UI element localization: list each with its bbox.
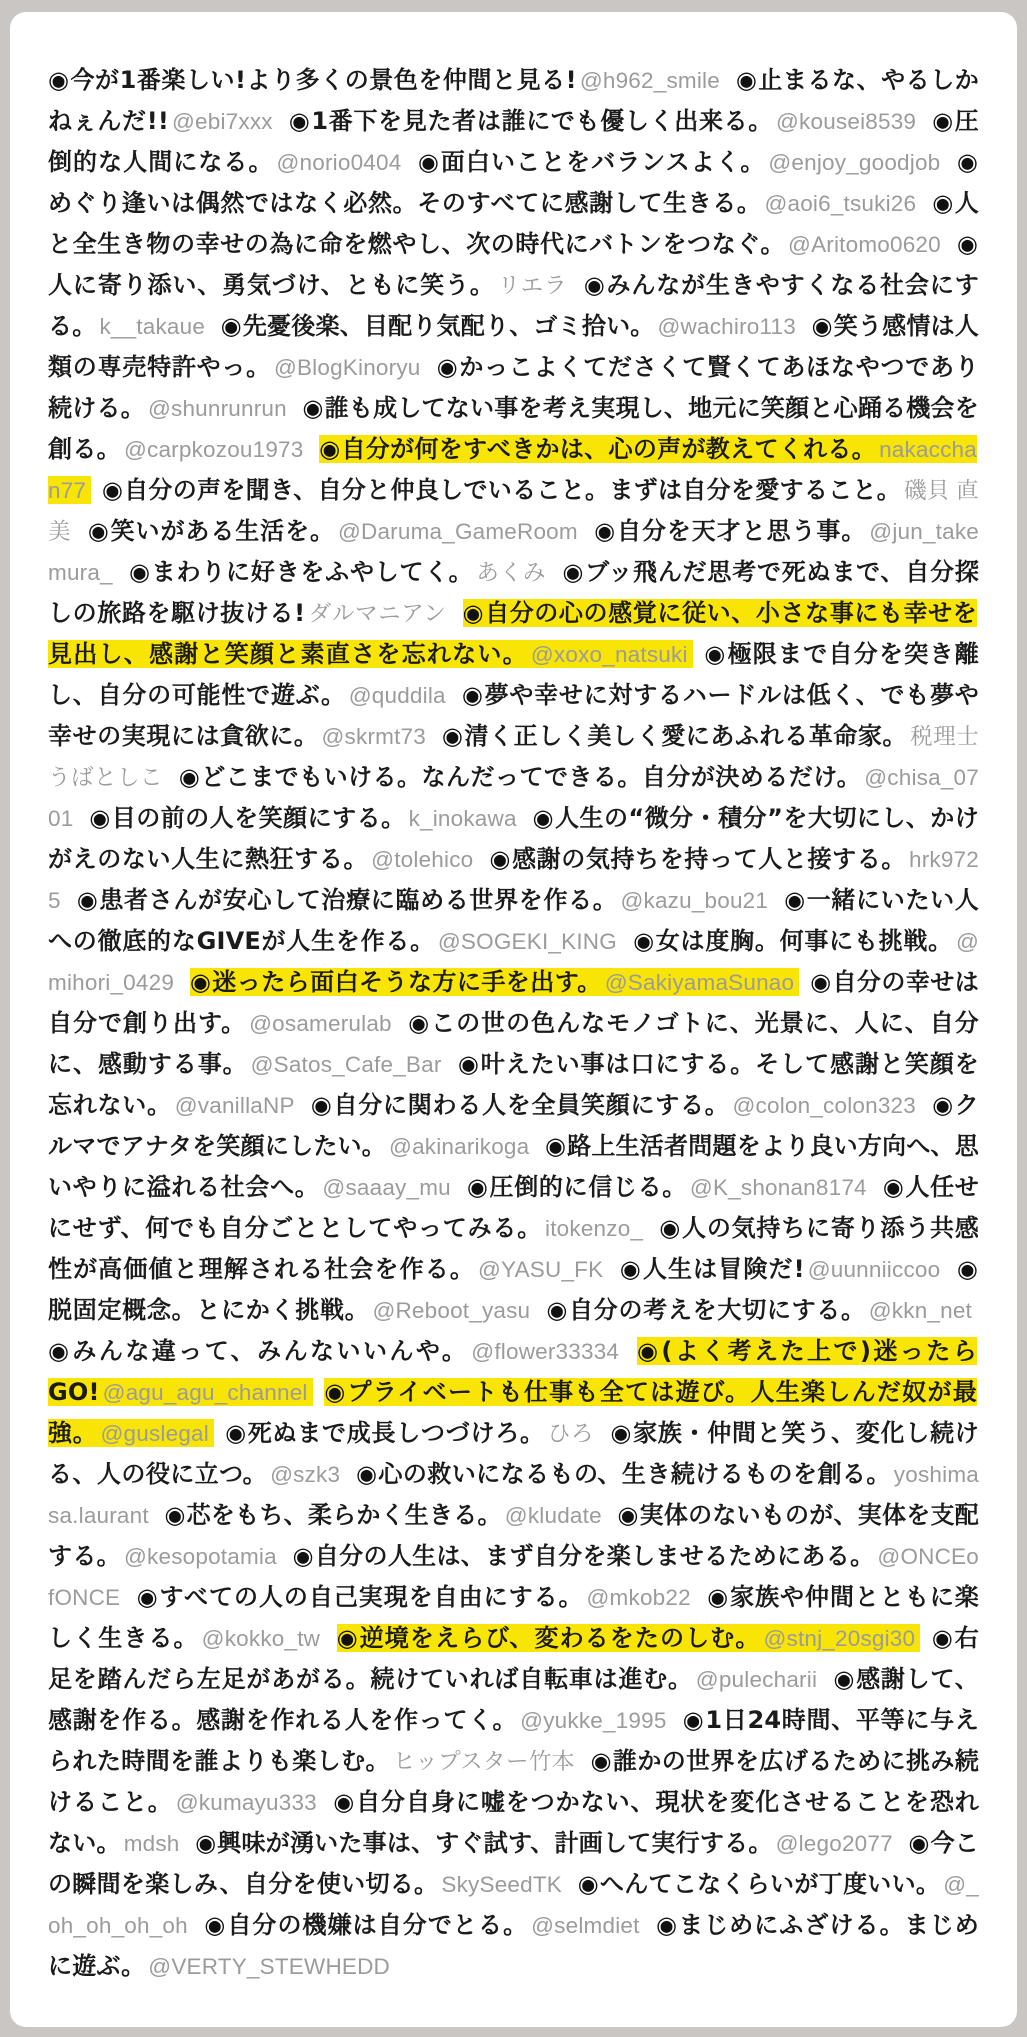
author-handle: @aoi6_tsuki26 (761, 191, 921, 216)
bullet-icon: ◉ (883, 1173, 906, 1201)
bullet-icon: ◉ (908, 1829, 930, 1857)
author-handle: @kludate (502, 1503, 607, 1528)
quote-entry: ◉芯をもち、柔らかく生きる。@kludate (164, 1501, 606, 1529)
bullet-icon: ◉ (833, 1665, 856, 1693)
bullet-icon: ◉ (89, 804, 111, 832)
quote-entry: ◉先憂後楽、目配り気配り、ゴミ拾い。@wachiro113 (221, 312, 801, 340)
bullet-icon: ◉ (683, 1706, 706, 1734)
bullet-icon: ◉ (88, 517, 111, 545)
quote-text: 脱固定概念。とにかく挑戦。 (48, 1296, 369, 1324)
bullet-icon: ◉ (489, 845, 512, 873)
bullet-icon: ◉ (442, 722, 465, 750)
bullet-icon: ◉ (736, 66, 759, 94)
bullet-icon: ◉ (932, 107, 955, 135)
quote-text: 圧倒的に信じる。 (490, 1173, 687, 1201)
quote-entry: ◉1番下を見た者は誰にでも優しく出来る。@kousei8539 (289, 107, 921, 135)
bullet-icon: ◉ (190, 968, 212, 996)
author-handle: @akinarikoga (386, 1134, 534, 1159)
bullet-icon: ◉ (957, 148, 979, 176)
author-handle: @Satos_Cafe_Bar (248, 1052, 447, 1077)
author-handle: @selmdiet (528, 1913, 644, 1938)
author-handle: mdsh (121, 1831, 185, 1856)
author-handle: @h962_smile (577, 68, 725, 93)
quote-text: 自分の声を聞き、自分と仲良しでいること。まずは自分を愛すること。 (124, 476, 901, 504)
bullet-icon: ◉ (546, 1296, 569, 1324)
author-handle: @quddila (346, 683, 451, 708)
author-handle: @lego2077 (773, 1831, 898, 1856)
bullet-icon: ◉ (408, 1009, 431, 1037)
quote-entry-highlighted: ◉迷ったら面白そうな方に手を出す。@SakiyamaSunao (190, 968, 799, 996)
author-handle: @Aritomo0620 (785, 232, 946, 257)
bullet-icon: ◉ (356, 1460, 378, 1488)
quote-entry: ◉今が1番楽しい!より多くの景色を仲間と見る!@h962_smile (48, 66, 725, 94)
quote-entry: ◉興味が湧いた事は、すぐ試す、計画して実行する。@lego2077 (195, 1829, 898, 1857)
author-handle: @skrmt73 (319, 724, 431, 749)
author-handle: @stnj_20sgi30 (760, 1626, 920, 1651)
author-handle: @BlogKinoryu (271, 355, 426, 380)
bullet-icon: ◉ (610, 1419, 633, 1447)
quote-entry: ◉死ぬまで成長しつづけろ。ひろ (225, 1419, 599, 1447)
bullet-icon: ◉ (562, 558, 585, 586)
bullet-icon: ◉ (784, 886, 807, 914)
bullet-icon: ◉ (324, 1378, 347, 1406)
author-handle: @xoxo_natsuki (528, 642, 693, 667)
quote-text: 自分が何をすべきかは、心の声が教えてくれる。 (341, 435, 876, 463)
bullet-icon: ◉ (319, 435, 341, 463)
bullet-icon: ◉ (137, 1583, 160, 1611)
quote-entry: ◉笑いがある生活を。@Daruma_GameRoom (88, 517, 583, 545)
quote-entry: ◉面白いことをバランスよく。@enjoy_goodjob (418, 148, 946, 176)
quote-text: 感謝の気持ちを持って人と接する。 (512, 845, 906, 873)
quote-text: 清く正しく美しく愛にあふれる革命家。 (464, 722, 907, 750)
quote-entry: ◉すべての人の自己実現を自由にする。@mkob22 (137, 1583, 696, 1611)
bullet-icon: ◉ (932, 189, 955, 217)
bullet-icon: ◉ (591, 1747, 613, 1775)
quote-entry: ◉自分の考えを大切にする。@kkn_net (546, 1296, 977, 1324)
bullet-icon: ◉ (656, 1911, 679, 1939)
bullet-icon: ◉ (129, 558, 152, 586)
author-handle: @kesopotamia (121, 1544, 282, 1569)
author-handle: ヒップスター竹本 (390, 1749, 580, 1774)
quote-text: 今が1番楽しい!より多くの景色を仲間と見る! (71, 66, 577, 94)
quote-text: みんな違って、みんないいんや。 (72, 1337, 468, 1365)
quote-entry-highlighted: ◉逆境をえらび、変わるをたのしむ。@stnj_20sgi30 (337, 1624, 921, 1652)
author-handle: k_inokawa (406, 806, 522, 831)
bullet-icon: ◉ (179, 763, 201, 791)
quote-text: すべての人の自己実現を自由にする。 (160, 1583, 584, 1611)
author-handle: @enjoy_goodjob (765, 150, 945, 175)
bullet-icon: ◉ (467, 1173, 490, 1201)
author-handle: @Daruma_GameRoom (335, 519, 583, 544)
bullet-icon: ◉ (659, 1214, 682, 1242)
author-handle: @carpkozou1973 (121, 437, 309, 462)
author-handle: @wachiro113 (655, 314, 801, 339)
quote-entry: ◉自分に関わる人を全員笑顔にする。@colon_colon323 (311, 1091, 921, 1119)
bullet-icon: ◉ (545, 1132, 567, 1160)
author-handle: @guslegal (98, 1421, 214, 1446)
author-handle: @kokko_tw (199, 1626, 325, 1651)
author-handle: @uunniiccoo (805, 1257, 946, 1282)
quote-entry: ◉患者さんが安心して治療に臨める世界を作る。@kazu_bou21 (77, 886, 773, 914)
quote-entry: ◉みんな違って、みんないいんや。@flower33334 (48, 1337, 624, 1365)
bullet-icon: ◉ (77, 886, 100, 914)
quote-text: 先憂後楽、目配り気配り、ゴミ拾い。 (243, 312, 655, 340)
bullet-icon: ◉ (418, 148, 441, 176)
author-handle: @yukke_1995 (517, 1708, 671, 1733)
quote-text: めぐり逢いは偶然ではなく必然。そのすべてに感謝して生きる。 (48, 189, 761, 217)
author-handle: ダルマニアン (305, 601, 451, 626)
bullet-icon: ◉ (617, 1501, 639, 1529)
quote-text: 自分の人生は、まず自分を楽しませるためにある。 (315, 1542, 875, 1570)
quote-text: 死ぬまで成長しつづけろ。 (248, 1419, 545, 1447)
quote-text: 人に寄り添い、勇気づけ、ともに笑う。 (48, 271, 495, 299)
bullet-icon: ◉ (633, 927, 656, 955)
bullet-icon: ◉ (293, 1542, 315, 1570)
bullet-icon: ◉ (463, 599, 486, 627)
author-handle: @flower33334 (468, 1339, 624, 1364)
quote-text: 自分の機嫌は自分でとる。 (227, 1911, 528, 1939)
bullet-icon: ◉ (620, 1255, 643, 1283)
bullet-icon: ◉ (225, 1419, 248, 1447)
bullet-icon: ◉ (204, 1911, 227, 1939)
bullet-icon: ◉ (957, 230, 979, 258)
author-handle: @K_shonan8174 (687, 1175, 872, 1200)
author-handle: ひろ (545, 1421, 600, 1446)
bullet-icon: ◉ (812, 312, 834, 340)
author-handle: @tolehico (368, 847, 478, 872)
author-handle: @SOGEKI_KING (435, 929, 622, 954)
quote-entry: ◉自分の機嫌は自分でとる。@selmdiet (204, 1911, 644, 1939)
bullet-icon: ◉ (584, 271, 607, 299)
quote-text: 自分に関わる人を全員笑顔にする。 (333, 1091, 729, 1119)
quote-text: どこまでもいける。なんだってできる。自分が決めるだけ。 (201, 763, 861, 791)
quote-text: 患者さんが安心して治療に臨める世界を作る。 (99, 886, 617, 914)
bullet-icon: ◉ (302, 394, 324, 422)
quote-entry: ◉目の前の人を笑顔にする。k_inokawa (89, 804, 521, 832)
quote-text: 女は度胸。何事にも挑戦。 (656, 927, 953, 955)
author-handle: SkySeedTK (438, 1872, 567, 1897)
bullet-icon: ◉ (637, 1337, 661, 1365)
bullet-icon: ◉ (337, 1624, 360, 1652)
author-handle: @kumayu333 (173, 1790, 322, 1815)
author-handle: @kazu_bou21 (617, 888, 773, 913)
author-handle: @ebi7xxx (169, 109, 278, 134)
quote-text: 心の救いになるもの、生き続けるものを創る。 (378, 1460, 890, 1488)
quote-text: 自分を天才と思う事。 (617, 517, 866, 545)
author-handle: @saaay_mu (319, 1175, 455, 1200)
quote-text: 逆境をえらび、変わるをたのしむ。 (360, 1624, 761, 1652)
quote-text: 目の前の人を笑顔にする。 (112, 804, 406, 832)
bullet-icon: ◉ (102, 476, 124, 504)
bullet-icon: ◉ (957, 1255, 979, 1283)
bullet-icon: ◉ (462, 681, 485, 709)
author-handle: @norio0404 (274, 150, 407, 175)
author-handle: @kkn_net (866, 1298, 977, 1323)
bullet-icon: ◉ (195, 1829, 217, 1857)
bullet-icon: ◉ (48, 1337, 72, 1365)
bullet-icon: ◉ (810, 968, 832, 996)
quote-entry: ◉圧倒的に信じる。@K_shonan8174 (467, 1173, 872, 1201)
author-handle: あくみ (473, 560, 551, 585)
author-handle: @pulecharii (693, 1667, 822, 1692)
page-surround: ◉今が1番楽しい!より多くの景色を仲間と見る!@h962_smile ◉止まるな… (0, 0, 1027, 2037)
bullet-icon: ◉ (932, 1091, 955, 1119)
author-handle: @szk3 (267, 1462, 345, 1487)
author-handle: @mkob22 (584, 1585, 696, 1610)
document-page: ◉今が1番楽しい!より多くの景色を仲間と見る!@h962_smile ◉止まるな… (10, 12, 1017, 2027)
bullet-icon: ◉ (289, 107, 312, 135)
author-handle: @SakiyamaSunao (602, 970, 800, 995)
quote-text: へんてこなくらいが丁度いい。 (600, 1870, 940, 1898)
bullet-icon: ◉ (932, 1624, 955, 1652)
quote-text: 人生は冒険だ! (643, 1255, 805, 1283)
bullet-icon: ◉ (164, 1501, 186, 1529)
bullet-icon: ◉ (533, 804, 555, 832)
quote-text: 迷ったら面白そうな方に手を出す。 (212, 968, 601, 996)
author-handle: itokenzo_ (542, 1216, 648, 1241)
quote-text: まわりに好きをふやしてく。 (152, 558, 474, 586)
bullet-icon: ◉ (458, 1050, 481, 1078)
author-handle: @vanillaNP (172, 1093, 300, 1118)
quote-text: 笑いがある生活を。 (111, 517, 335, 545)
author-handle: @colon_colon323 (730, 1093, 921, 1118)
bullet-icon: ◉ (437, 353, 460, 381)
quote-entry: ◉人生は冒険だ!@uunniiccoo (620, 1255, 946, 1283)
bullet-icon: ◉ (333, 1788, 356, 1816)
bullet-icon: ◉ (311, 1091, 334, 1119)
quote-text: 1番下を見た者は誰にでも優しく出来る。 (311, 107, 773, 135)
bullet-icon: ◉ (48, 66, 71, 94)
author-handle: @shunrunrun (145, 396, 292, 421)
bullet-icon: ◉ (707, 1583, 730, 1611)
quote-text: 芯をもち、柔らかく生きる。 (187, 1501, 502, 1529)
author-handle: k__takaue (96, 314, 210, 339)
author-handle: @YASU_FK (475, 1257, 608, 1282)
author-handle: リエラ (495, 273, 573, 298)
quotes-flow: ◉今が1番楽しい!より多くの景色を仲間と見る!@h962_smile ◉止まるな… (48, 60, 979, 1987)
quote-entry: ◉まわりに好きをふやしてく。あくみ (129, 558, 551, 586)
bullet-icon: ◉ (221, 312, 243, 340)
author-handle: @osamerulab (246, 1011, 397, 1036)
quote-text: 自分の考えを大切にする。 (569, 1296, 866, 1324)
bullet-icon: ◉ (704, 640, 727, 668)
author-handle: @Reboot_yasu (369, 1298, 535, 1323)
quote-text: 面白いことをバランスよく。 (441, 148, 766, 176)
author-handle: @agu_agu_channel (100, 1380, 313, 1405)
quote-text: 興味が湧いた事は、すぐ試す、計画して実行する。 (217, 1829, 772, 1857)
author-handle: @VERTY_STEWHEDD (145, 1954, 395, 1979)
bullet-icon: ◉ (578, 1870, 600, 1898)
author-handle: @kousei8539 (773, 109, 921, 134)
bullet-icon: ◉ (594, 517, 617, 545)
